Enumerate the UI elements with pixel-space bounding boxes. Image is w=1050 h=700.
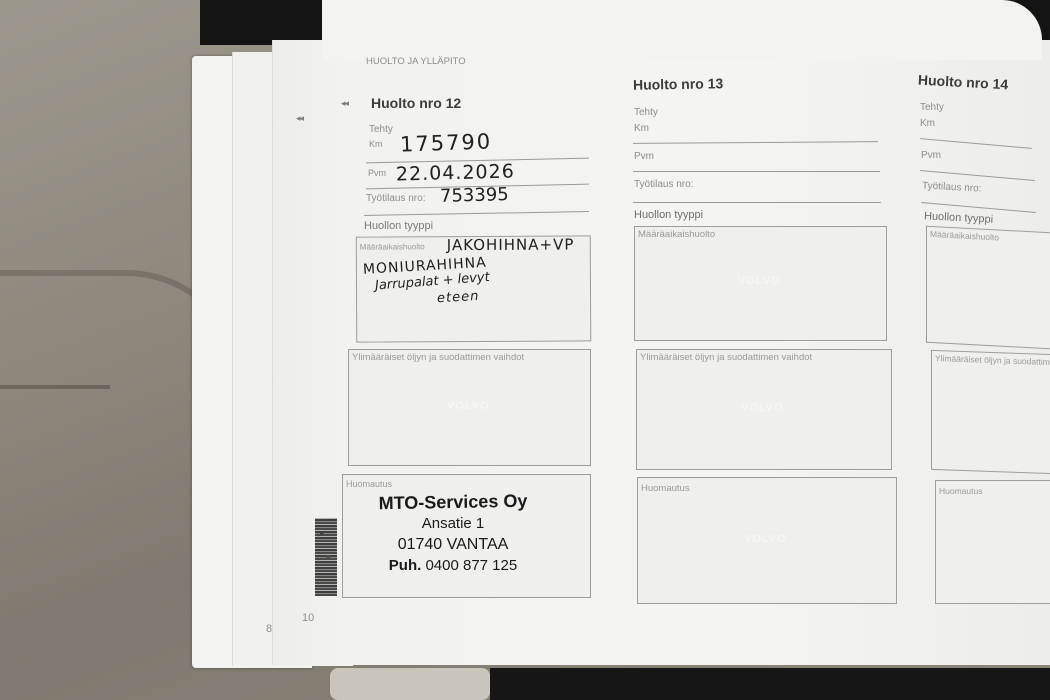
date-label: Pvm — [368, 168, 386, 178]
km-label: Km — [369, 139, 383, 149]
extra-oil-box[interactable]: Ylimääräiset öljyn ja suodattimen vaihdo… — [348, 349, 591, 466]
console-shadow — [490, 668, 1050, 700]
workshop-stamp: MTO-Services Oy Ansatie 1 01740 VANTAA P… — [363, 491, 543, 576]
scheduled-label: Määräaikaishuolto — [930, 229, 999, 243]
date-label: Pvm — [634, 151, 654, 162]
extra-oil-box[interactable]: Ylimääräiset öljyn ja suodattimen vaihdo… — [636, 349, 892, 470]
km-value[interactable]: 175790 — [400, 129, 493, 156]
scheduled-service-box[interactable]: Määräaikaishuolto VOLVO — [634, 226, 887, 341]
done-label: Tehty — [369, 124, 393, 135]
date-line — [633, 171, 880, 172]
watermark: VOLVO — [744, 533, 787, 545]
service-title: Huolto nro 13 — [633, 75, 723, 93]
extra-oil-box[interactable]: Ylimääräiset öljyn ja suodattimen vaihdo… — [931, 350, 1050, 474]
work-order-value[interactable]: 753395 — [440, 184, 509, 207]
note-box[interactable]: Huomautus VOLVO — [637, 477, 897, 604]
done-label: Tehty — [634, 107, 658, 118]
work-order-label: Työtilaus nro: — [634, 179, 693, 190]
stamp-street: Ansatie 1 — [363, 513, 543, 534]
stamp-company: MTO-Services Oy — [363, 489, 543, 514]
stamp-city: 01740 VANTAA — [363, 534, 543, 555]
page-number: 10 — [302, 612, 314, 624]
scheduled-label: Määräaikaishuolto — [360, 242, 425, 251]
scheduled-service-box[interactable]: Määräaikaishuolto — [926, 226, 1050, 350]
note-label: Huomautus — [346, 479, 392, 489]
scheduled-note-line: eteen — [437, 289, 480, 306]
scheduled-note-line: JAKOHIHNA+VP — [447, 235, 575, 254]
km-label: Km — [634, 123, 649, 134]
service-type-label: Huollon tyyppi — [634, 209, 703, 221]
note-label: Huomautus — [641, 483, 690, 494]
km-label: Km — [920, 118, 935, 129]
extra-oil-label: Ylimääräiset öljyn ja suodattimen vaihdo… — [640, 352, 812, 363]
extra-oil-label: Ylimääräiset öljyn ja suodattimen vaihdo… — [352, 352, 524, 363]
service-title: Huolto nro 12 — [371, 95, 461, 111]
done-label: Tehty — [920, 102, 944, 113]
watermark: VOLVO — [447, 400, 490, 412]
back-arrow-icon: ◂◂ — [296, 113, 303, 124]
service-type-label: Huollon tyyppi — [364, 220, 433, 232]
stamp-phone-label: Puh. — [389, 557, 422, 574]
section-header: HUOLTO JA YLLÄPITO — [366, 56, 466, 67]
note-label: Huomautus — [939, 486, 982, 496]
back-arrow-icon: ◂◂ — [341, 98, 348, 109]
watermark: VOLVO — [738, 275, 781, 287]
date-label: Pvm — [921, 150, 941, 161]
extra-oil-label: Ylimääräiset öljyn ja suodattimen vaihdo… — [935, 353, 1050, 368]
page-number-back: 8 — [266, 623, 272, 635]
scheduled-service-box[interactable]: Määräaikaishuolto JAKOHIHNA+VP MONIURAHI… — [356, 235, 592, 342]
date-value[interactable]: 22.04.2026 — [396, 160, 515, 185]
stamp-phone: 0400 877 125 — [425, 557, 517, 574]
booklet-page-top — [322, 0, 1042, 60]
seat-seam — [0, 385, 110, 389]
work-order-line — [633, 202, 881, 203]
scheduled-label: Määräaikaishuolto — [638, 229, 715, 240]
center-console — [330, 668, 490, 700]
note-box[interactable]: Huomautus — [935, 480, 1050, 604]
stamp-ink-smudge — [315, 518, 337, 596]
watermark: VOLVO — [741, 402, 784, 414]
note-box[interactable]: Huomautus MTO-Services Oy Ansatie 1 0174… — [342, 474, 591, 598]
work-order-label: Työtilaus nro: — [366, 193, 425, 204]
